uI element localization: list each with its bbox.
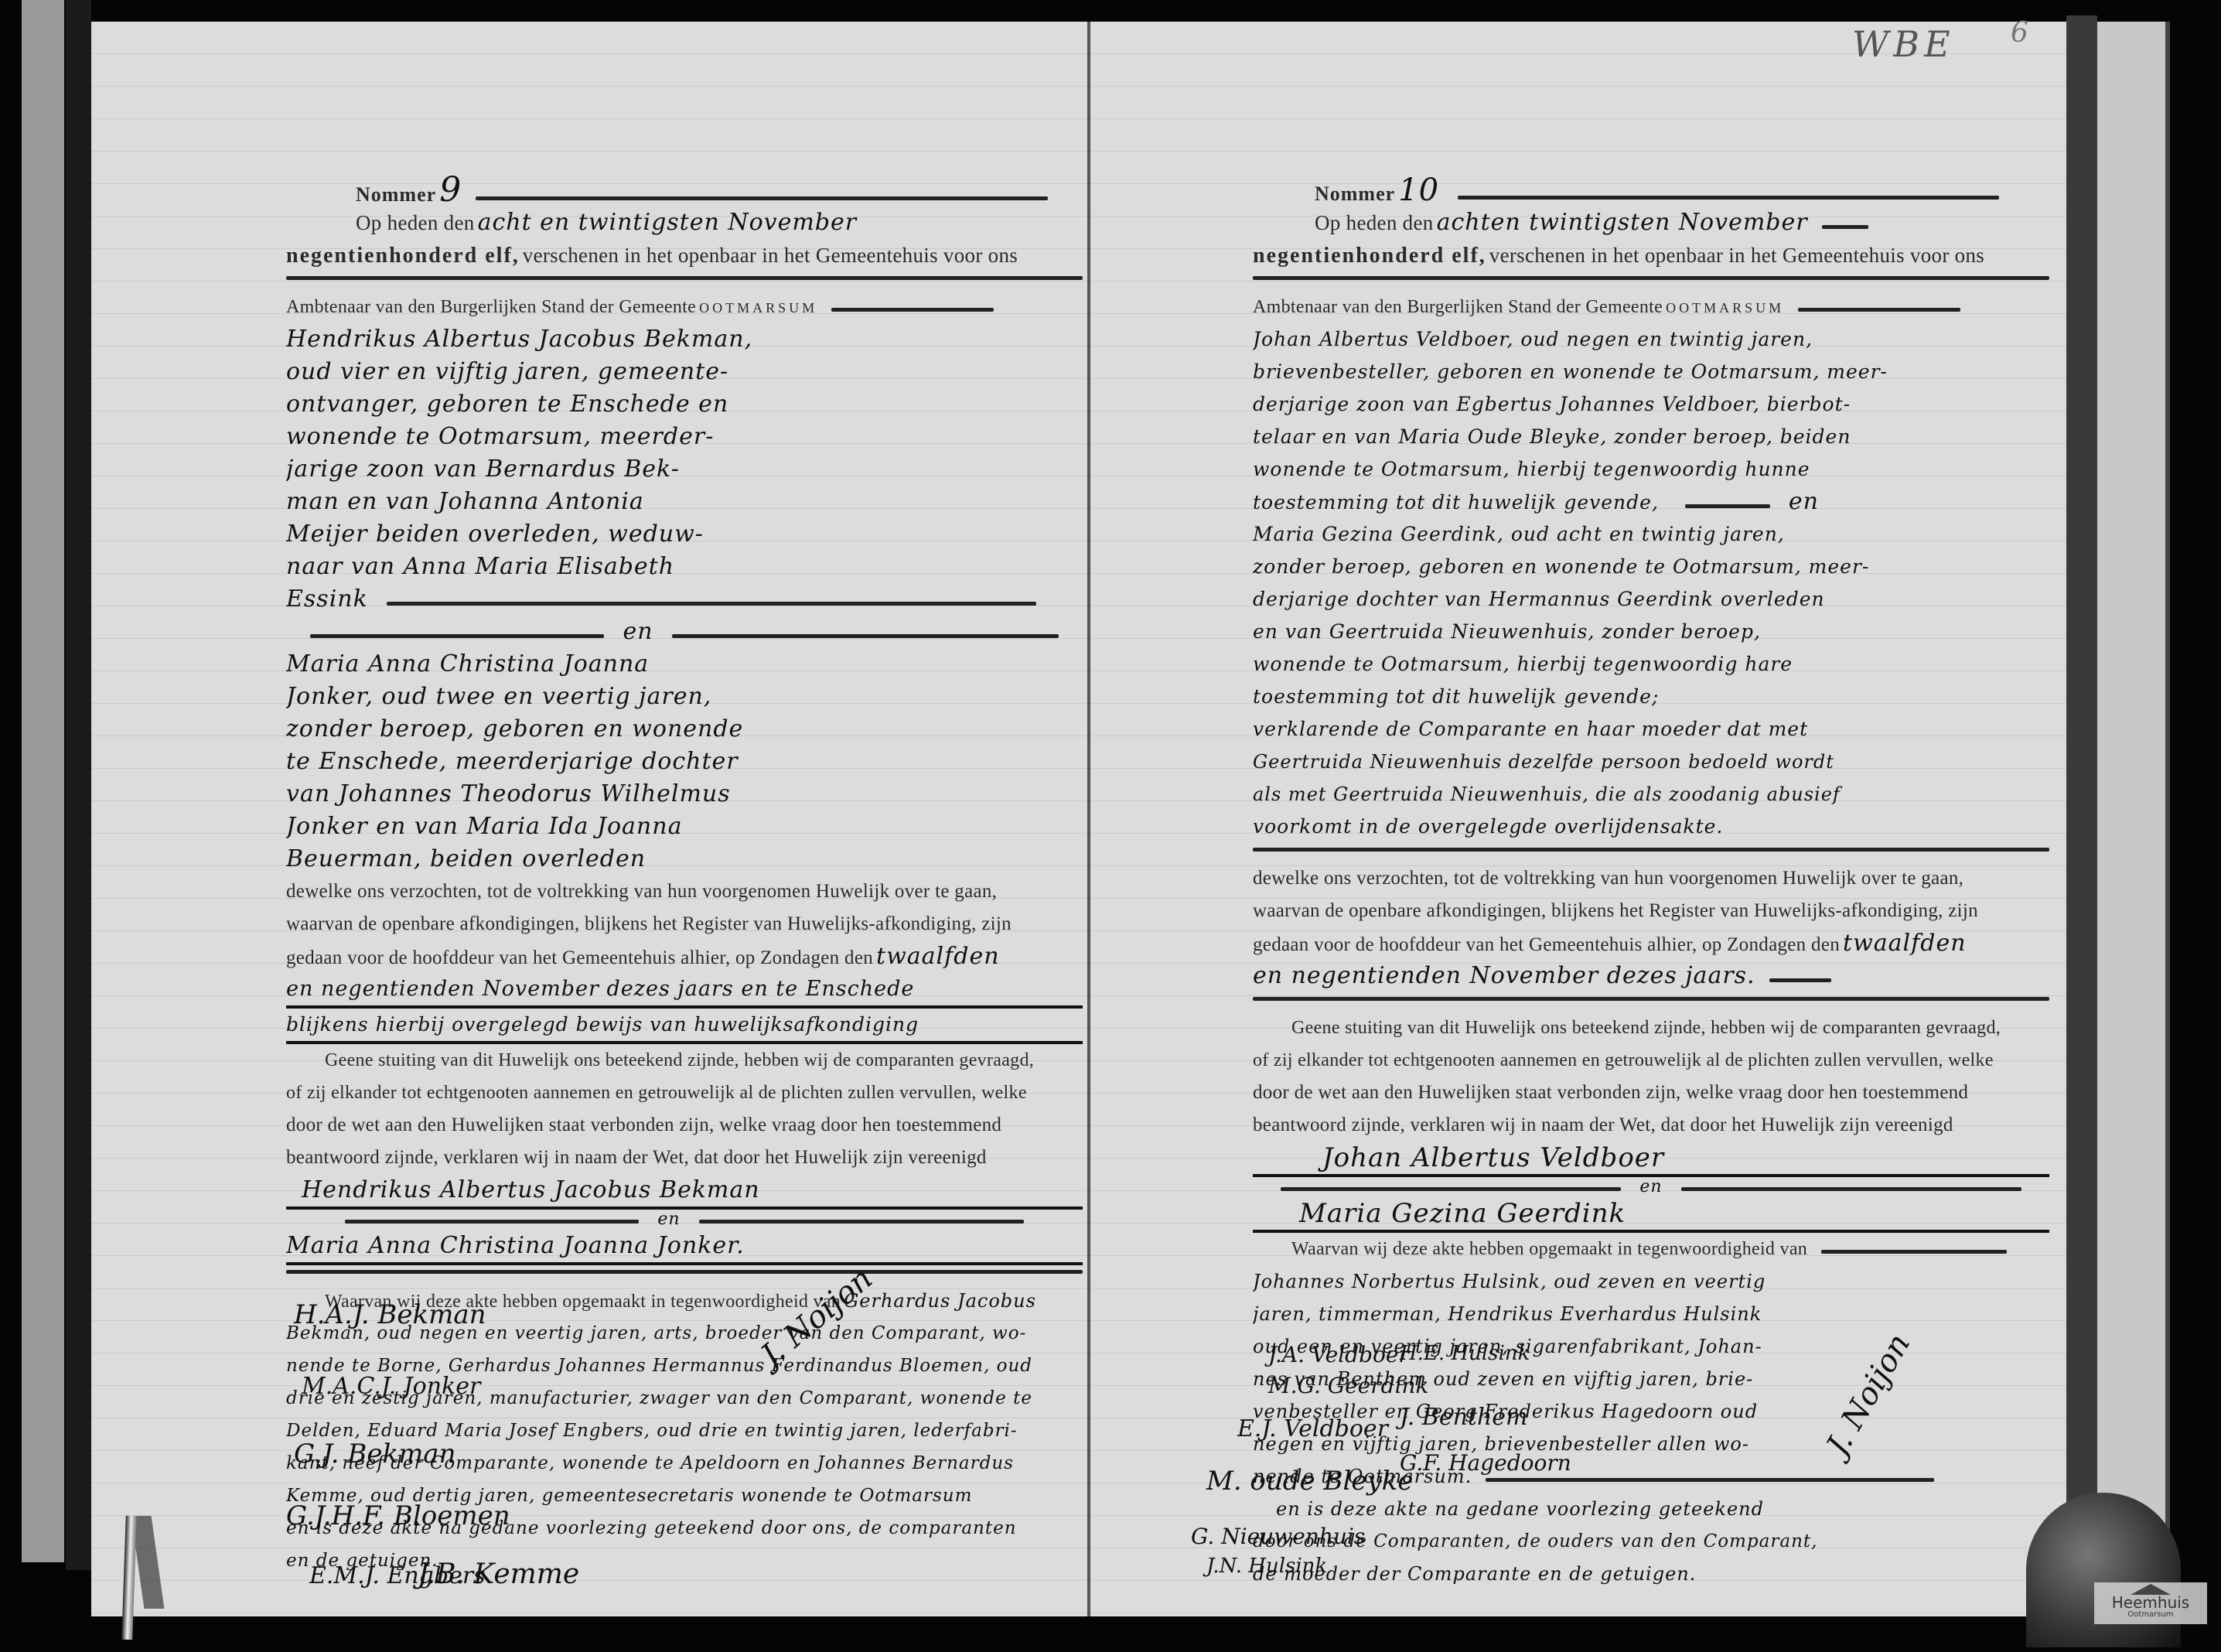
united-en-row: en xyxy=(286,1210,1083,1230)
signature: G.J. Bekman xyxy=(294,1439,455,1469)
dewelke-line-last: gedaan voor de hoofddeur van het Gemeent… xyxy=(1253,927,2049,960)
fill-rule xyxy=(1681,1187,2021,1191)
logo-subtitle: Ootmarsum xyxy=(2094,1610,2207,1620)
corner-monogram: WBE xyxy=(1852,23,1955,65)
body-line: Maria Gezina Geerdink, oud acht en twint… xyxy=(1253,518,2049,551)
dewelke-line: waarvan de openbare afkondigingen, blijk… xyxy=(1253,895,2049,927)
year-row: negentienhonderd elf, verschenen in het … xyxy=(286,239,1083,271)
nummer-value: 10 xyxy=(1398,174,1439,206)
groom-line: Hendrikus Albertus Jacobus Bekman, xyxy=(286,323,1083,356)
bride-line: Jonker, oud twee en veertig jaren, xyxy=(286,681,1083,713)
fill-rule xyxy=(1821,1250,2007,1254)
bride-line: te Enschede, meerderjarige dochter xyxy=(286,746,1083,778)
op-heden-label: Op heden den xyxy=(1315,211,1434,234)
separator-rule xyxy=(286,276,1083,280)
signature: J. Benthem xyxy=(1400,1404,1527,1431)
united-groom: Hendrikus Albertus Jacobus Bekman xyxy=(286,1174,1083,1210)
afkondiging-line: en negentienden November dezes jaars en … xyxy=(286,973,1083,1009)
fill-rule xyxy=(387,602,1036,606)
logo-name: Heemhuis xyxy=(2094,1595,2207,1610)
verschenen-text: verschenen in het openbaar in het Gemeen… xyxy=(523,244,1018,267)
dewelke-text: gedaan voor de hoofddeur van het Gemeent… xyxy=(1253,934,1840,955)
body-line: zonder beroep, geboren en wonende te Oot… xyxy=(1253,551,2049,583)
signature: J.A. Veldboer xyxy=(1268,1342,1409,1367)
op-heden-label: Op heden den xyxy=(356,211,475,234)
afkondiging-date-2: en negentienden November dezes jaars. xyxy=(1253,962,1755,989)
book-cover-edge xyxy=(66,0,91,1570)
united-en: en xyxy=(1639,1177,1662,1196)
afkondiging-date-1: twaalfden xyxy=(876,943,999,970)
geene-line: door de wet aan den Huwelijken staat ver… xyxy=(1253,1077,2049,1109)
right-binding xyxy=(2066,15,2097,1609)
nummer-row: Nommer 10 xyxy=(1253,174,2049,206)
date-row: Op heden den acht en twintigsten Novembe… xyxy=(286,206,1083,239)
afkondiging-line: blijkens hierbij overgelegd bewijs van h… xyxy=(286,1009,1083,1044)
year-row: negentienhonderd elf, verschenen in het … xyxy=(1253,239,2049,271)
dewelke-text: gedaan voor de hoofddeur van het Gemeent… xyxy=(286,947,873,968)
united-en: en xyxy=(657,1210,680,1229)
separator-rule xyxy=(1253,276,2049,280)
witness-line: Johannes Norbertus Hulsink, oud zeven en… xyxy=(1253,1265,2049,1298)
afkondiging-date-1: twaalfden xyxy=(1843,930,1966,957)
groom-line: naar van Anna Maria Elisabeth xyxy=(286,551,1083,583)
geene-line: Geene stuiting van dit Huwelijk ons bete… xyxy=(286,1044,1083,1077)
signature: J.B. Kemme xyxy=(418,1558,579,1590)
witness-line: en is deze akte na gedane voorlezing get… xyxy=(1253,1493,2049,1525)
year-printed: negentienhonderd elf, xyxy=(1253,244,1486,268)
fill-rule xyxy=(476,196,1048,200)
body-line: telaar en van Maria Oude Bleyke, zonder … xyxy=(1253,421,2049,453)
fill-rule xyxy=(699,1220,1024,1224)
signature: H.A.J. Bekman xyxy=(294,1299,486,1330)
date-row: Op heden den achten twintigsten November xyxy=(1253,206,2049,239)
nummer-label: Nommer xyxy=(356,183,436,206)
body-line: voorkomt in de overgelegde overlijdensak… xyxy=(1253,811,2049,843)
book-edge-left xyxy=(22,0,64,1562)
ambtenaar-row: Ambtenaar van den Burgerlijken Stand der… xyxy=(1253,291,2049,323)
afkondiging-line: en negentienden November dezes jaars. xyxy=(1253,960,2049,992)
date-handwritten: acht en twintigsten November xyxy=(478,209,858,236)
united-bride: Maria Gezina Geerdink xyxy=(1253,1197,2049,1233)
witness-line: door ons de Comparanten, de ouders van d… xyxy=(1253,1525,2049,1558)
body-line: derjarige zoon van Egbertus Johannes Vel… xyxy=(1253,388,2049,421)
signature: G.J.H.F. Bloemen xyxy=(286,1500,510,1531)
witness-line: jaren, timmerman, Hendrikus Everhardus H… xyxy=(1253,1298,2049,1330)
bride-line: Maria Anna Christina Joanna xyxy=(286,648,1083,681)
bride-line: van Johannes Theodorus Wilhelmus xyxy=(286,778,1083,811)
date-handwritten: achten twintigsten November xyxy=(1437,209,1808,236)
gemeente-name: OOTMARSUM xyxy=(1666,300,1784,316)
nummer-label: Nommer xyxy=(1315,183,1395,205)
en-connector: en xyxy=(623,618,653,645)
ambtenaar-row: Ambtenaar van den Burgerlijken Stand der… xyxy=(286,291,1083,323)
register-spread: WBE 6 Nommer 9 Op heden den acht en twin… xyxy=(0,0,2221,1652)
separator-rule xyxy=(286,1270,1083,1274)
waarvan-text: Waarvan wij deze akte hebben opgemaakt i… xyxy=(1253,1239,1807,1259)
right-page-edge-line xyxy=(2165,22,2170,1615)
groom-line: jarige zoon van Bernardus Bek- xyxy=(286,453,1083,486)
separator-rule xyxy=(1253,848,2049,852)
witness-line: de moeder der Comparante en de getuigen. xyxy=(1253,1558,2049,1590)
geene-line: beantwoord zijnde, verklaren wij in naam… xyxy=(286,1142,1083,1174)
fill-rule xyxy=(1769,978,1831,982)
signature: M.A.C.J. Jonker xyxy=(302,1373,480,1400)
united-bride: Maria Anna Christina Joanna Jonker. xyxy=(286,1230,1083,1265)
fill-rule xyxy=(672,634,1059,638)
nummer-row: Nommer 9 xyxy=(286,174,1083,206)
geene-line: door de wet aan den Huwelijken staat ver… xyxy=(286,1109,1083,1142)
body-line: brievenbesteller, geboren en wonende te … xyxy=(1253,356,2049,388)
groom-line: ontvanger, geboren te Enschede en xyxy=(286,388,1083,421)
signature: M. oude Bleyke xyxy=(1206,1466,1413,1497)
right-next-page-edge xyxy=(2097,22,2167,1615)
fill-rule xyxy=(831,308,994,312)
signature: M.G. Geerdink xyxy=(1268,1373,1429,1398)
body-text: toestemming tot dit huwelijk gevende, xyxy=(1253,491,1659,514)
body-line-en: toestemming tot dit huwelijk gevende, en xyxy=(1253,486,2049,518)
nummer-value: 9 xyxy=(439,174,462,206)
body-line: verklarende de Comparante en haar moeder… xyxy=(1253,713,2049,746)
signature: H.E. Hulsink xyxy=(1400,1342,1530,1365)
dewelke-line: dewelke ons verzochten, tot de voltrekki… xyxy=(1253,862,2049,895)
act-9: Nommer 9 Op heden den acht en twintigste… xyxy=(286,174,1083,1577)
geene-line: of zij elkander tot echtgenooten aanneme… xyxy=(1253,1044,2049,1077)
gemeente-name: OOTMARSUM xyxy=(699,300,817,316)
separator-rule xyxy=(1253,997,2049,1001)
united-groom: Johan Albertus Veldboer xyxy=(1253,1142,2049,1177)
geene-line: beantwoord zijnde, verklaren wij in naam… xyxy=(1253,1109,2049,1142)
signature: G. Nieuwenhuis xyxy=(1191,1524,1365,1549)
groom-surname-previous-wife: Essink xyxy=(286,585,368,613)
dewelke-line: dewelke ons verzochten, tot de voltrekki… xyxy=(286,875,1083,908)
fill-rule xyxy=(345,1220,639,1224)
signature: J.N. Hulsink xyxy=(1206,1555,1327,1578)
fill-rule xyxy=(1822,225,1868,229)
signature: E.J. Veldboer xyxy=(1237,1415,1388,1442)
verschenen-text: verschenen in het openbaar in het Gemeen… xyxy=(1489,244,1984,267)
corner-page-number: 6 xyxy=(2011,17,2028,49)
body-line: derjarige dochter van Hermannus Geerdink… xyxy=(1253,583,2049,616)
year-printed: negentienhonderd elf, xyxy=(286,244,520,268)
en-row: en xyxy=(286,616,1083,648)
thumb-in-photo xyxy=(2026,1493,2181,1647)
signature: G.F. Hagedoorn xyxy=(1400,1450,1571,1476)
groom-line-last: Essink xyxy=(286,583,1083,616)
fill-rule xyxy=(310,634,604,638)
body-line: wonende te Ootmarsum, hierbij tegenwoord… xyxy=(1253,453,2049,486)
dewelke-line-last: gedaan voor de hoofddeur van het Gemeent… xyxy=(286,940,1083,973)
body-line: wonende te Ootmarsum, hierbij tegenwoord… xyxy=(1253,648,2049,681)
fill-rule xyxy=(1458,196,1999,200)
ambtenaar-text: Ambtenaar van den Burgerlijken Stand der… xyxy=(1253,297,1663,317)
united-en-row: en xyxy=(1253,1177,2049,1197)
fill-rule xyxy=(1281,1187,1621,1191)
groom-line: man en van Johanna Antonia xyxy=(286,486,1083,518)
groom-line: wonende te Ootmarsum, meerder- xyxy=(286,421,1083,453)
bride-line: Beuerman, beiden overleden xyxy=(286,843,1083,875)
heemhuis-watermark-logo: Heemhuis Ootmarsum xyxy=(2094,1582,2207,1624)
bride-line: zonder beroep, geboren en wonende xyxy=(286,713,1083,746)
groom-line: oud vier en vijftig jaren, gemeente- xyxy=(286,356,1083,388)
en-connector: en xyxy=(1789,488,1819,515)
geene-line: Geene stuiting van dit Huwelijk ons bete… xyxy=(1253,1012,2049,1044)
fill-rule xyxy=(1685,504,1770,508)
bride-line: Jonker en van Maria Ida Joanna xyxy=(286,811,1083,843)
body-line: en van Geertruida Nieuwenhuis, zonder be… xyxy=(1253,616,2049,648)
ambtenaar-text: Ambtenaar van den Burgerlijken Stand der… xyxy=(286,297,696,317)
geene-line: of zij elkander tot echtgenooten aanneme… xyxy=(286,1077,1083,1109)
waarvan-row: Waarvan wij deze akte hebben opgemaakt i… xyxy=(1253,1233,2049,1265)
body-line: Geertruida Nieuwenhuis dezelfde persoon … xyxy=(1253,746,2049,778)
body-line: als met Geertruida Nieuwenhuis, die als … xyxy=(1253,778,2049,811)
body-line: toestemming tot dit huwelijk gevende; xyxy=(1253,681,2049,713)
fill-rule xyxy=(1798,308,1960,312)
body-line: Johan Albertus Veldboer, oud negen en tw… xyxy=(1253,323,2049,356)
fill-rule xyxy=(1486,1478,1934,1482)
groom-line: Meijer beiden overleden, weduw- xyxy=(286,518,1083,551)
dewelke-line: waarvan de openbare afkondigingen, blijk… xyxy=(286,908,1083,940)
